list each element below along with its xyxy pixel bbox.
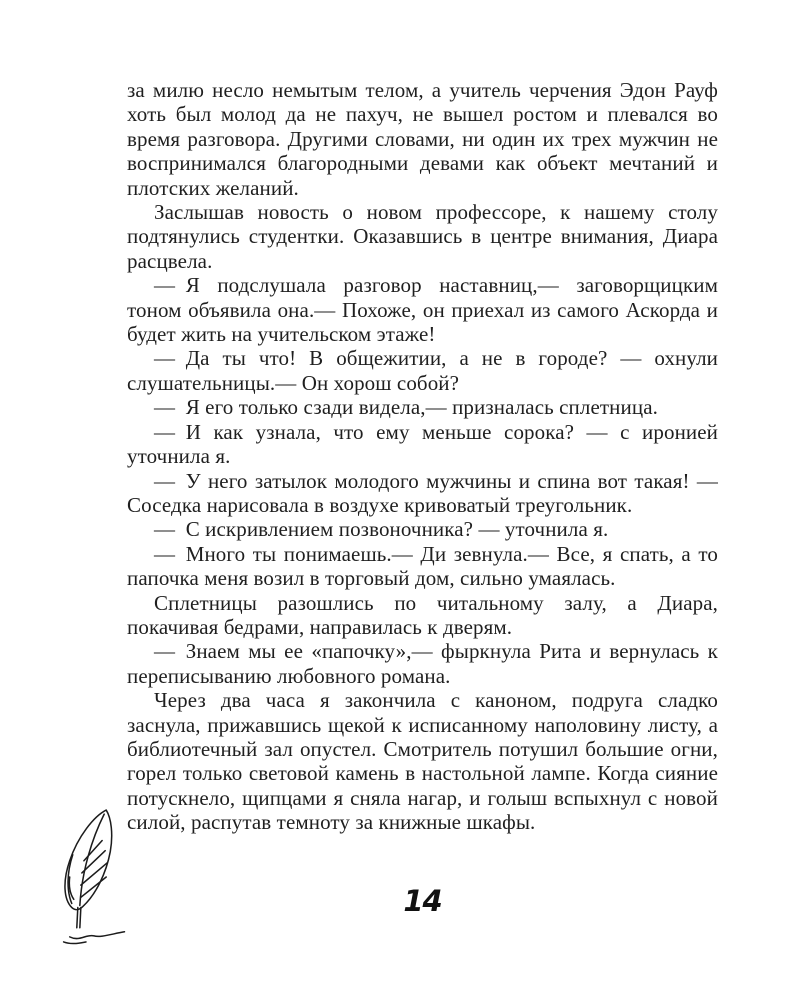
paragraph: — Знаем мы ее «папочку»,— фыркнула Рита …	[127, 639, 718, 688]
paragraph: — Я его только сзади видела,— призналась…	[127, 395, 718, 419]
paragraph: Через два часа я закончила с каноном, по…	[127, 688, 718, 834]
paragraph: — Я подслушала разговор наставниц,— заго…	[127, 273, 718, 346]
paragraph: — Да ты что! В общежитии, а не в городе?…	[127, 346, 718, 395]
paragraph: Заслышав новость о новом профессоре, к н…	[127, 200, 718, 273]
paragraph: — И как узнала, что ему меньше сорока? —…	[127, 420, 718, 469]
paragraph: — Много ты понимаешь.— Ди зевнула.— Все,…	[127, 542, 718, 591]
paragraph: — С искривлением позвоночника? — уточнил…	[127, 517, 718, 541]
paragraph: — У него затылок молодого мужчины и спин…	[127, 469, 718, 518]
text-block: за милю несло немытым телом, а учитель ч…	[127, 78, 718, 835]
paragraph: за милю несло немытым телом, а учитель ч…	[127, 78, 718, 200]
paragraph: Сплетницы разошлись по читальному залу, …	[127, 591, 718, 640]
quill-feather-icon	[48, 804, 134, 946]
page-number: 14	[127, 884, 718, 918]
book-page: за милю несло немытым телом, а учитель ч…	[0, 0, 800, 1000]
